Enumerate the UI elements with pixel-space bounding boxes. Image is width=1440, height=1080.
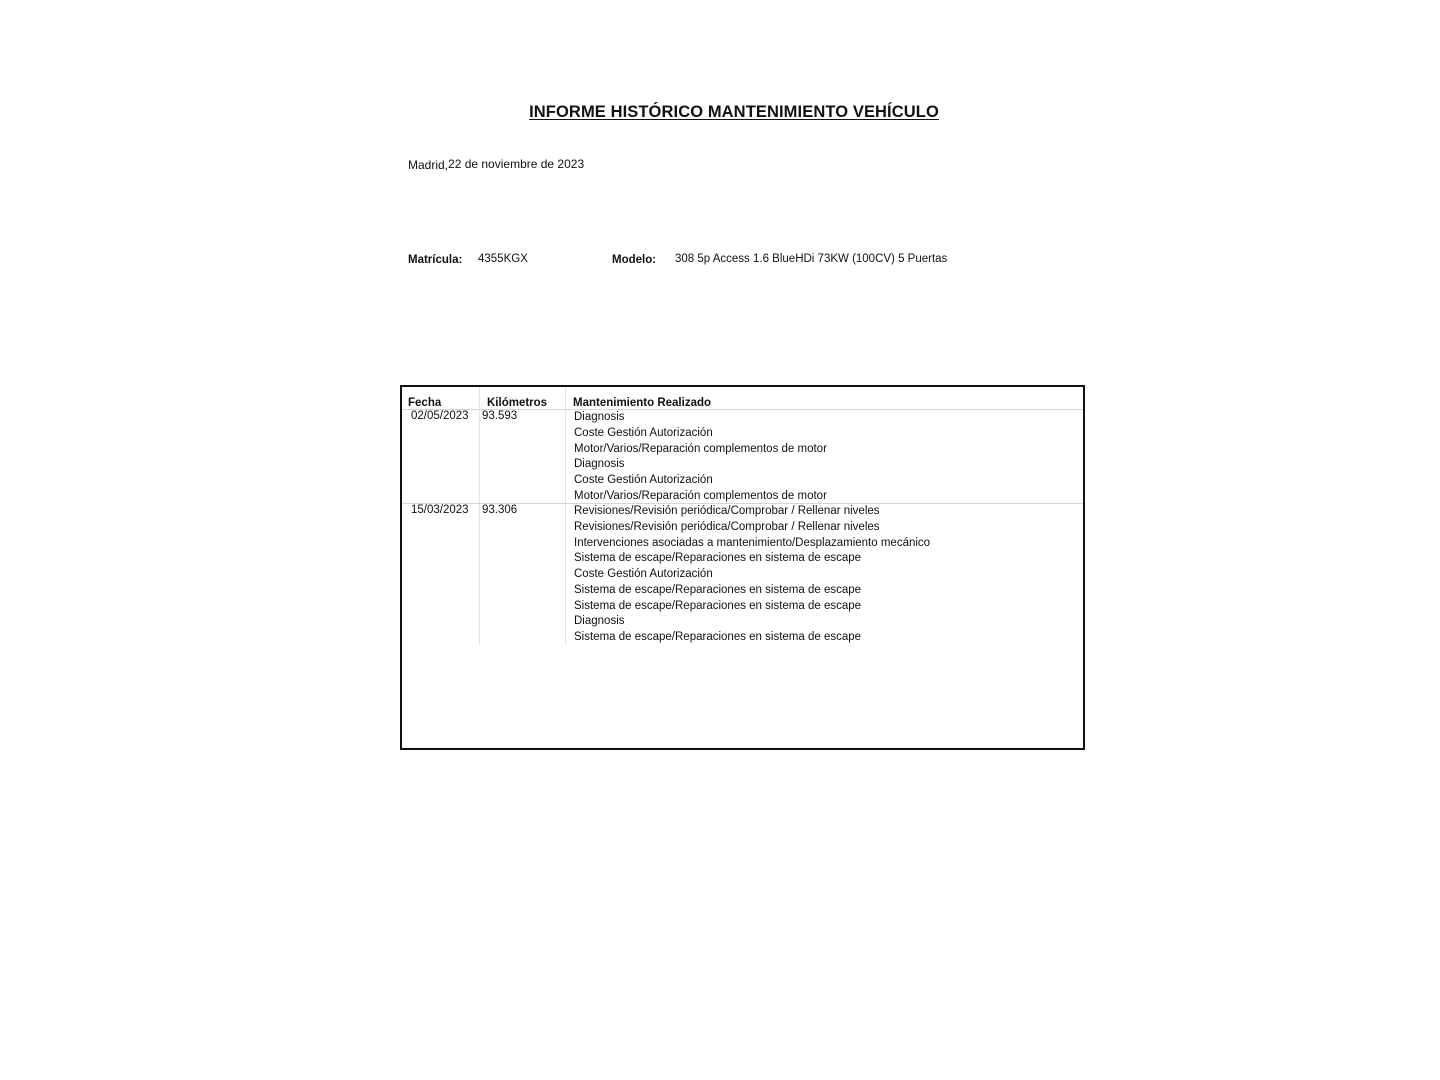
maintenance-item: Revisiones/Revisión periódica/Comprobar … [574,504,930,520]
row-km: 93.306 [482,504,517,516]
maintenance-item: Sistema de escape/Reparaciones en sistem… [574,583,930,599]
maintenance-table: Fecha Kilómetros Mantenimiento Realizado… [400,385,1085,750]
header-maintenance: Mantenimiento Realizado [573,397,711,409]
maintenance-item: Sistema de escape/Reparaciones en sistem… [574,551,930,567]
plate-value: 4355KGX [478,253,528,265]
maintenance-item: Coste Gestión Autorización [574,426,827,442]
maintenance-item: Motor/Varios/Reparación complementos de … [574,442,827,458]
header-date: Fecha [408,397,441,409]
row-date: 02/05/2023 [411,410,469,422]
header-km: Kilómetros [487,397,547,409]
maintenance-item: Sistema de escape/Reparaciones en sistem… [574,630,930,646]
column-divider [565,387,566,645]
maintenance-item: Sistema de escape/Reparaciones en sistem… [574,599,930,615]
report-date: 22 de noviembre de 2023 [448,157,584,171]
column-divider [479,387,480,645]
maintenance-item: Intervenciones asociadas a mantenimiento… [574,536,930,552]
report-city: Madrid, [408,158,448,172]
maintenance-item: Revisiones/Revisión periódica/Comprobar … [574,520,930,536]
maintenance-list: Revisiones/Revisión periódica/Comprobar … [574,504,930,646]
report-title: INFORME HISTÓRICO MANTENIMIENTO VEHÍCULO [0,103,1440,122]
maintenance-item: Diagnosis [574,457,827,473]
row-km: 93.593 [482,410,517,422]
place-date: Madrid,22 de noviembre de 2023 [408,157,584,171]
maintenance-item: Diagnosis [574,614,930,630]
maintenance-item: Diagnosis [574,410,827,426]
row-date: 15/03/2023 [411,504,469,516]
model-label: Modelo: [612,254,656,266]
maintenance-item: Coste Gestión Autorización [574,473,827,489]
maintenance-item: Coste Gestión Autorización [574,567,930,583]
maintenance-list: Diagnosis Coste Gestión Autorización Mot… [574,410,827,505]
plate-label: Matrícula: [408,254,462,266]
model-value: 308 5p Access 1.6 BlueHDi 73KW (100CV) 5… [675,253,947,265]
